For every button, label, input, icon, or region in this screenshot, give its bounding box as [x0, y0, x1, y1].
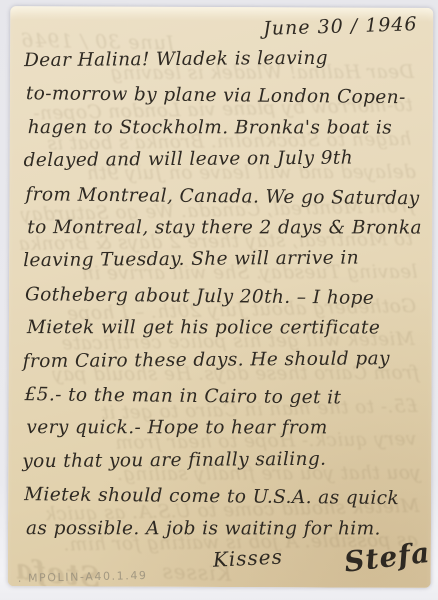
letter-line: Mietek should come to U.S.A. as quick	[24, 478, 431, 516]
letter-line: from Montreal, Canada. We go Saturday	[25, 178, 432, 216]
closing-word: Kisses	[212, 544, 283, 571]
letter-text: June 30 / 1946 Dear Halina! Wladek is le…	[8, 6, 434, 588]
letter-line: you that you are finally sailing.	[22, 442, 429, 479]
date-line: June 30 / 1946	[262, 13, 417, 40]
letter-line: to-morrow by plane via London Copen-	[26, 78, 433, 116]
letter-line: to Montreal, stay there 2 days & Bronka	[27, 211, 433, 245]
letter-line: Gotheberg about July 20th. – I hope	[25, 278, 432, 316]
letter-line: from Cairo these days. He should pay	[23, 342, 430, 379]
letter-line: hagen to Stockholm. Bronka's boat is	[28, 111, 434, 145]
letter-line: delayed and will leave on July 9th	[23, 141, 430, 178]
letter-line: as possible. A job is waiting for him.	[26, 512, 433, 546]
letter-line: Dear Halina! Wladek is leaving	[24, 41, 431, 78]
letter-page: June 30 / 1946 Dear Halina! Wladek is le…	[8, 6, 434, 588]
letter-line: leaving Tuesday. She will arrive in	[23, 241, 430, 278]
letter-line: Mietek will get his police certificate	[27, 311, 433, 345]
letter-body: Dear Halina! Wladek is leaving to-morrow…	[22, 44, 431, 547]
letter-line: very quick.- Hope to hear from	[26, 412, 433, 446]
